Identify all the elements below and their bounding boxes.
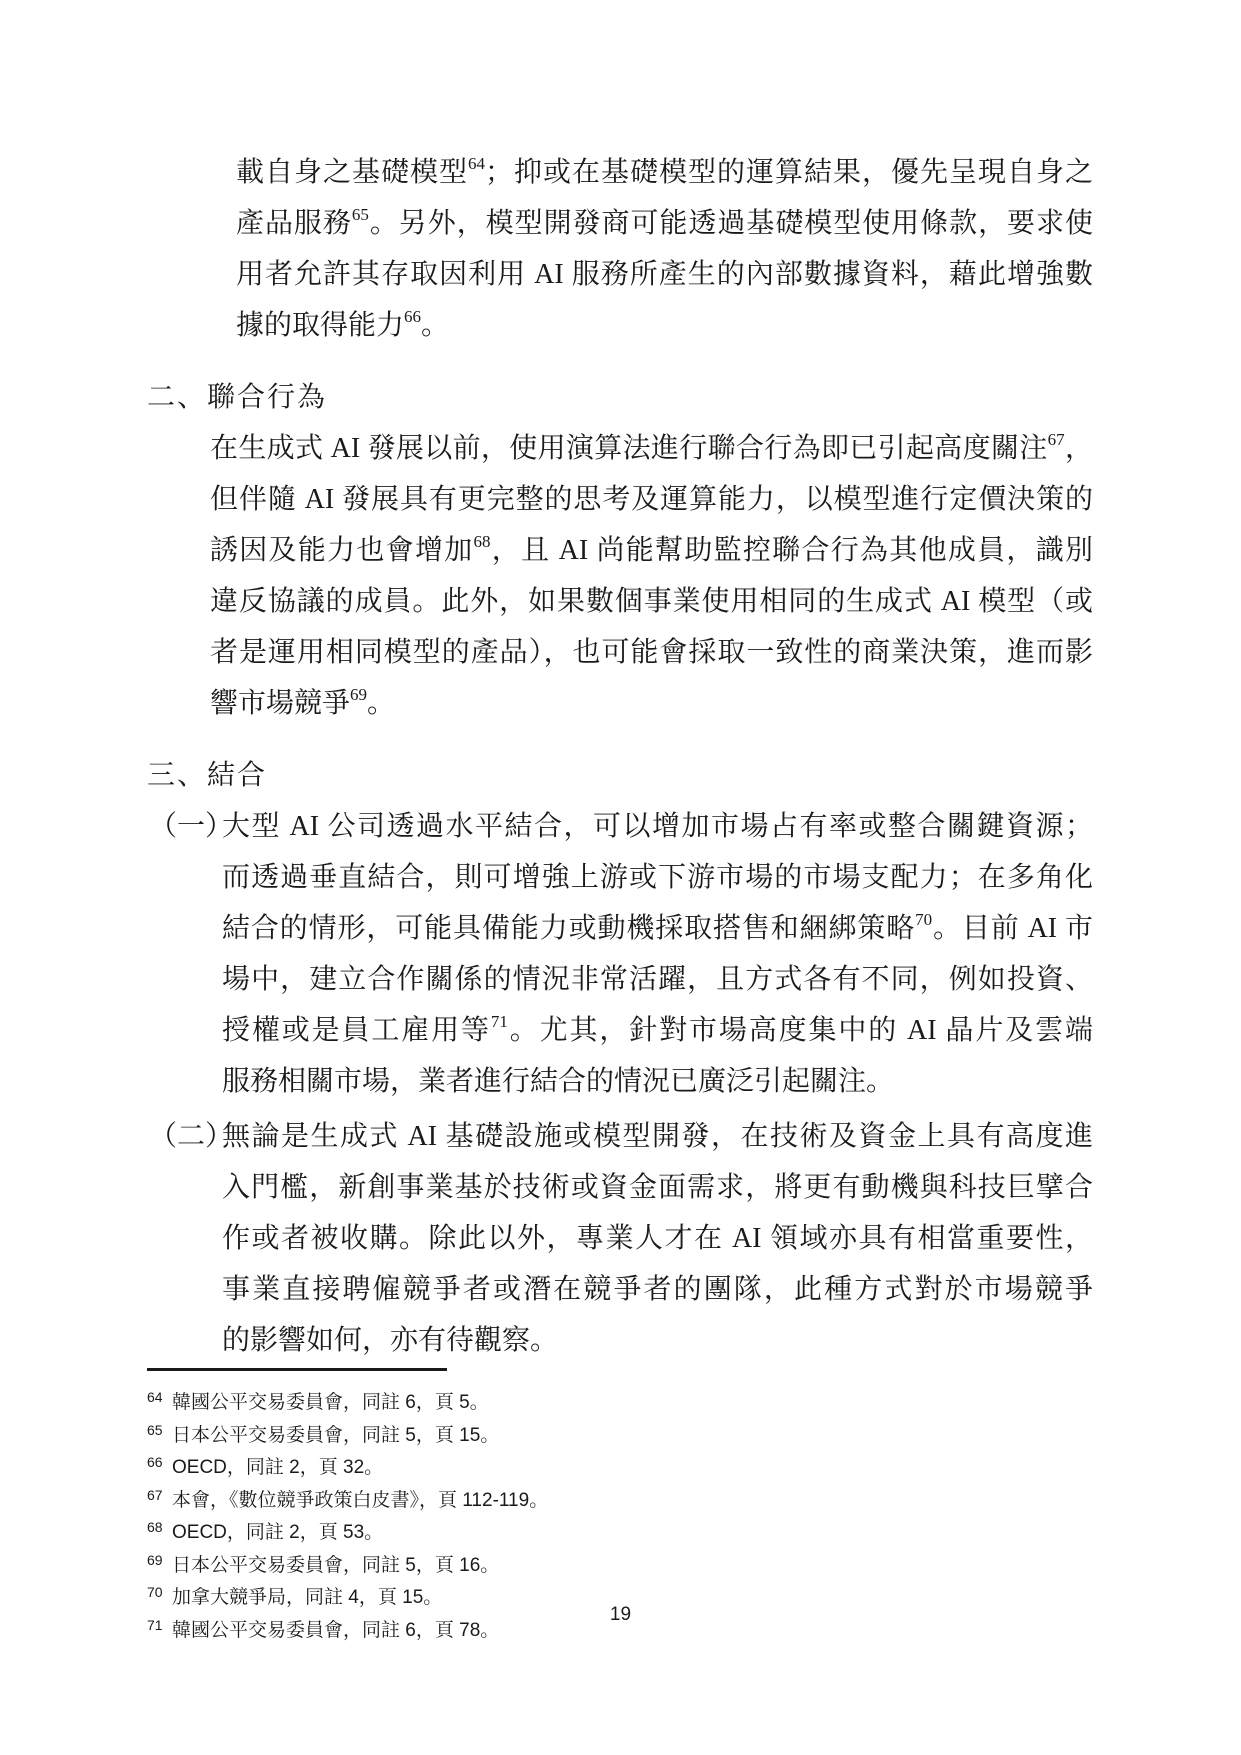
footnote-text: 韓國公平交易委員會，同註 6，頁 5。	[172, 1392, 489, 1413]
paragraph: 載自身之基礎模型64；抑或在基礎模型的運算結果，優先呈現自身之產品服務65。另外…	[147, 147, 1093, 351]
footnote-item: 66OECD，同註 2，頁 32。	[147, 1449, 1093, 1482]
page-content: 載自身之基礎模型64；抑或在基礎模型的運算結果，優先呈現自身之產品服務65。另外…	[147, 147, 1093, 1366]
footnote-number: 64	[147, 1384, 172, 1411]
list-item: （二）無論是生成式 AI 基礎設施或模型開發，在技術及資金上具有高度進入門檻，新…	[147, 1111, 1093, 1366]
footnote-item: 67本會，《數位競爭政策白皮書》，頁 112-119。	[147, 1482, 1093, 1515]
footnote-ref: 70	[915, 910, 932, 929]
footnote-number: 67	[147, 1482, 172, 1509]
section-heading: 三、結合	[147, 750, 1093, 801]
footnote-separator	[147, 1368, 447, 1371]
text-line: 在生成式 AI 發展以前，使用演算法進行聯合行為即已引起高度關注67，	[210, 423, 1093, 474]
text-line: 的影響如何，亦有待觀察。	[222, 1315, 1093, 1366]
text-line: 據的取得能力66。	[236, 300, 1093, 351]
text-line: 響市場競爭69。	[210, 678, 1093, 729]
paragraph: 在生成式 AI 發展以前，使用演算法進行聯合行為即已引起高度關注67，但伴隨 A…	[147, 423, 1093, 729]
text-line: 大型 AI 公司透過水平結合，可以增加市場占有率或整合關鍵資源；	[222, 801, 1093, 852]
section-heading: 二、聯合行為	[147, 372, 1093, 423]
footnote-ref: 65	[352, 205, 369, 224]
text-line: 違反協議的成員。此外，如果數個事業使用相同的生成式 AI 模型（或	[210, 576, 1093, 627]
text-line: 場中，建立合作關係的情況非常活躍，且方式各有不同，例如投資、	[222, 954, 1093, 1005]
text-line: 而透過垂直結合，則可增強上游或下游市場的市場支配力；在多角化	[222, 852, 1093, 903]
footnote-item: 69日本公平交易委員會，同註 5，頁 16。	[147, 1547, 1093, 1580]
text-line: 無論是生成式 AI 基礎設施或模型開發，在技術及資金上具有高度進	[222, 1111, 1093, 1162]
footnote-ref: 67	[1048, 430, 1065, 449]
list-item-body: 無論是生成式 AI 基礎設施或模型開發，在技術及資金上具有高度進入門檻，新創事業…	[222, 1111, 1093, 1366]
document-page: 載自身之基礎模型64；抑或在基礎模型的運算結果，優先呈現自身之產品服務65。另外…	[0, 0, 1241, 1755]
text-line: 但伴隨 AI 發展具有更完整的思考及運算能力，以模型進行定價決策的	[210, 474, 1093, 525]
text-line: 產品服務65。另外，模型開發商可能透過基礎模型使用條款，要求使	[236, 198, 1093, 249]
footnote-item: 64韓國公平交易委員會，同註 6，頁 5。	[147, 1384, 1093, 1417]
footnote-item: 65日本公平交易委員會，同註 5，頁 15。	[147, 1417, 1093, 1450]
footnote-ref: 66	[404, 307, 421, 326]
footnote-number: 68	[147, 1514, 172, 1541]
text-line: 事業直接聘僱競爭者或潛在競爭者的團隊，此種方式對於市場競爭	[222, 1264, 1093, 1315]
list-item: （一）大型 AI 公司透過水平結合，可以增加市場占有率或整合關鍵資源；而透過垂直…	[147, 801, 1093, 1107]
text-line: 用者允許其存取因利用 AI 服務所產生的內部數據資料，藉此增強數	[236, 249, 1093, 300]
footnote-text: OECD，同註 2，頁 53。	[172, 1522, 383, 1543]
footnote-ref: 64	[468, 154, 485, 173]
text-line: 授權或是員工雇用等71。尤其，針對市場高度集中的 AI 晶片及雲端	[222, 1005, 1093, 1056]
footnote-ref: 71	[491, 1012, 508, 1031]
footnote-text: 本會，《數位競爭政策白皮書》，頁 112-119。	[172, 1490, 548, 1511]
text-line: 誘因及能力也會增加68，且 AI 尚能幫助監控聯合行為其他成員，識別	[210, 525, 1093, 576]
text-line: 者是運用相同模型的產品），也可能會採取一致性的商業決策，進而影	[210, 627, 1093, 678]
footnote-number: 69	[147, 1547, 172, 1574]
list-item-body: 大型 AI 公司透過水平結合，可以增加市場占有率或整合關鍵資源；而透過垂直結合，…	[222, 801, 1093, 1107]
list-marker: （二）	[147, 1111, 222, 1366]
text-line: 作或者被收購。除此以外，專業人才在 AI 領域亦具有相當重要性，	[222, 1213, 1093, 1264]
body-text: 載自身之基礎模型64；抑或在基礎模型的運算結果，優先呈現自身之產品服務65。另外…	[147, 147, 1093, 1366]
footnote-text: 日本公平交易委員會，同註 5，頁 15。	[172, 1425, 499, 1446]
footnote-number: 66	[147, 1449, 172, 1476]
footnote-ref: 68	[474, 532, 491, 551]
text-line: 服務相關市場，業者進行結合的情況已廣泛引起關注。	[222, 1056, 1093, 1107]
footnote-ref: 69	[350, 685, 367, 704]
text-line: 結合的情形，可能具備能力或動機採取搭售和綑綁策略70。目前 AI 市	[222, 903, 1093, 954]
footnote-item: 68OECD，同註 2，頁 53。	[147, 1514, 1093, 1547]
footnote-text: OECD，同註 2，頁 32。	[172, 1457, 383, 1478]
footnote-text: 日本公平交易委員會，同註 5，頁 16。	[172, 1555, 499, 1576]
text-line: 載自身之基礎模型64；抑或在基礎模型的運算結果，優先呈現自身之	[236, 147, 1093, 198]
text-line: 入門檻，新創事業基於技術或資金面需求，將更有動機與科技巨擘合	[222, 1162, 1093, 1213]
footnote-number: 65	[147, 1417, 172, 1444]
list-marker: （一）	[147, 801, 222, 1107]
page-number: 19	[0, 1602, 1241, 1628]
